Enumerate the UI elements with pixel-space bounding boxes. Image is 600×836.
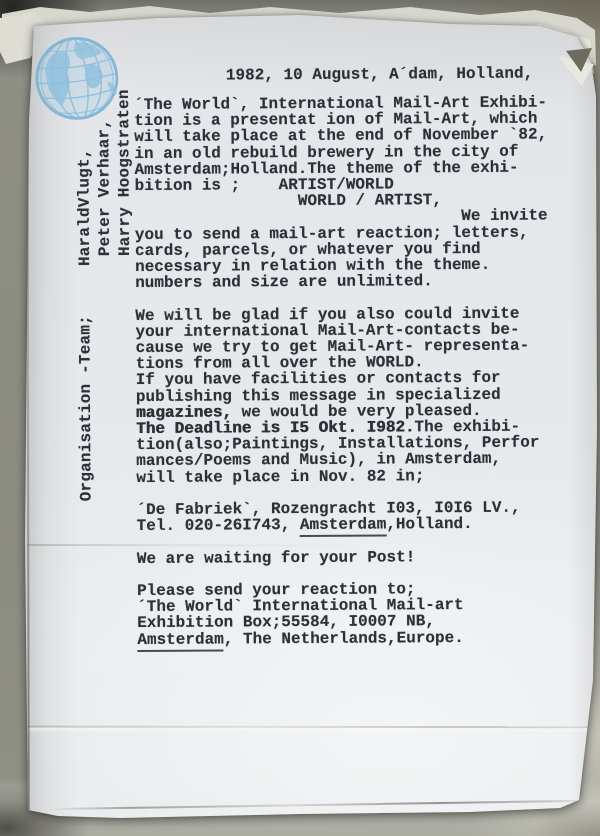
date-line: 1982, 10 August, A´dam, Holland, xyxy=(226,65,533,85)
fold-crease-lower xyxy=(28,726,600,728)
paper-sheet: Organisation -Team; HaraldVlugt, Peter V… xyxy=(0,0,600,836)
letter-paragraph: We will be glad if you also could invite… xyxy=(135,305,549,486)
photo-background: Organisation -Team; HaraldVlugt, Peter V… xyxy=(0,0,600,836)
letter-paragraph: We are waiting for your Post! xyxy=(137,548,550,567)
letter-paragraph: ´De Fabriek`, Rozengracht I03, I0I6 LV.,… xyxy=(137,500,550,535)
letter-line: Tel. 020-26I743, Amsterdam,Holland. xyxy=(137,516,550,535)
letter-line: will take place in Nov. 82 in; xyxy=(136,467,549,486)
letter-line: numbers and size are unlimited. xyxy=(135,273,548,292)
paper-bottom-edge xyxy=(48,800,592,811)
fold-crease-lower-highlight xyxy=(28,728,600,734)
letter-paragraph: ´The World`, International Mail-Art Exhi… xyxy=(134,94,548,291)
letter-paper: Organisation -Team; HaraldVlugt, Peter V… xyxy=(0,0,600,836)
letter-paragraph: Please send your reaction to;´The World`… xyxy=(137,581,550,648)
letter-body: ´The World`, International Mail-Art Exhi… xyxy=(134,94,550,647)
organisation-team-block: Organisation -Team; HaraldVlugt, Peter V… xyxy=(74,71,137,501)
paper-left-edge xyxy=(26,32,29,812)
letter-line: We are waiting for your Post! xyxy=(137,548,550,567)
letter-line: Amsterdam, The Netherlands,Europe. xyxy=(137,629,550,648)
